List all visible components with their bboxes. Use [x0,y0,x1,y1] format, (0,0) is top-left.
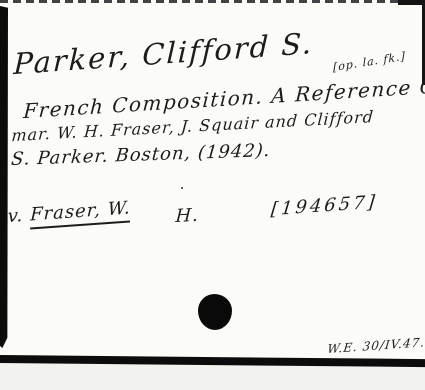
cross-reference-initial: H. [175,207,199,226]
left-scan-edge [0,6,8,348]
cross-reference-prefix: v. [7,205,23,227]
scanned-catalog-card: Parker, Clifford S. [op. la. fk.] French… [0,0,425,390]
ink-speckle [181,187,183,189]
top-scan-edge [0,0,425,3]
top-right-corner-mark [398,0,425,5]
